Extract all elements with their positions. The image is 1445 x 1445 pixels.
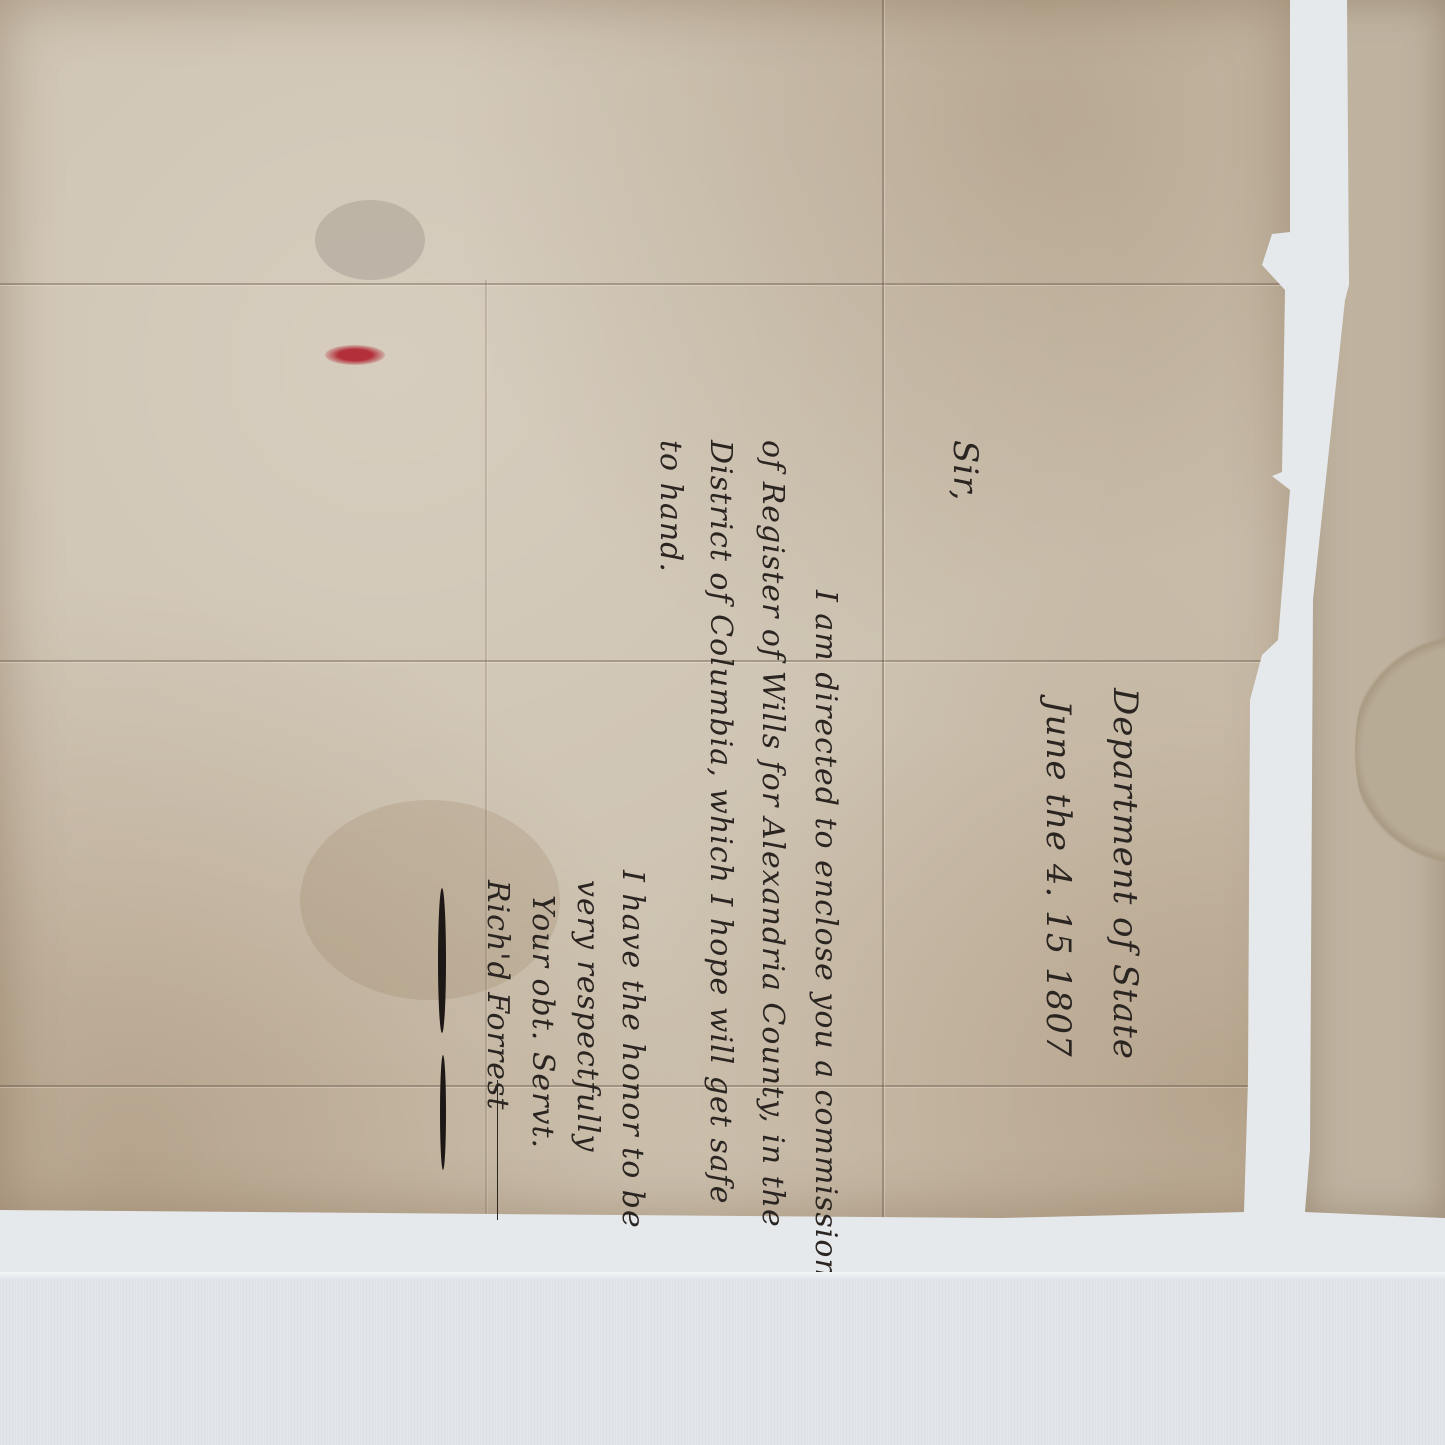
body-line: to hand. [653, 440, 688, 573]
stain [300, 800, 560, 1000]
mat-bevel [0, 1272, 1445, 1280]
body-line: I am directed to enclose you a commissio… [808, 590, 843, 1279]
heading-line-1: Department of State [1105, 688, 1145, 1060]
closing-line: Your obt. Servt. [525, 895, 560, 1149]
heading-line-2: June the 4. 15 1807 [1038, 700, 1078, 1058]
signature: Rich'd Forrest [480, 880, 515, 1110]
closing-line: I have the honor to be [615, 870, 650, 1229]
fold-crease [0, 283, 1290, 285]
closing-line: very respectfully [570, 880, 605, 1152]
stain [315, 200, 425, 280]
photo-scene: Department of State June the 4. 15 1807 … [0, 0, 1445, 1445]
signature-flourish [438, 888, 446, 1033]
signature-underline [497, 1080, 498, 1220]
wax-mark [325, 345, 385, 365]
signature-flourish [440, 1055, 446, 1170]
body-line: of Register of Wills for Alexandria Coun… [755, 440, 790, 1228]
fold-crease [882, 0, 884, 1218]
body-line: District of Columbia, which I hope will … [703, 440, 738, 1204]
fold-crease [0, 660, 1270, 662]
frame-backing [0, 1280, 1445, 1445]
salutation: Sir, [945, 440, 985, 502]
